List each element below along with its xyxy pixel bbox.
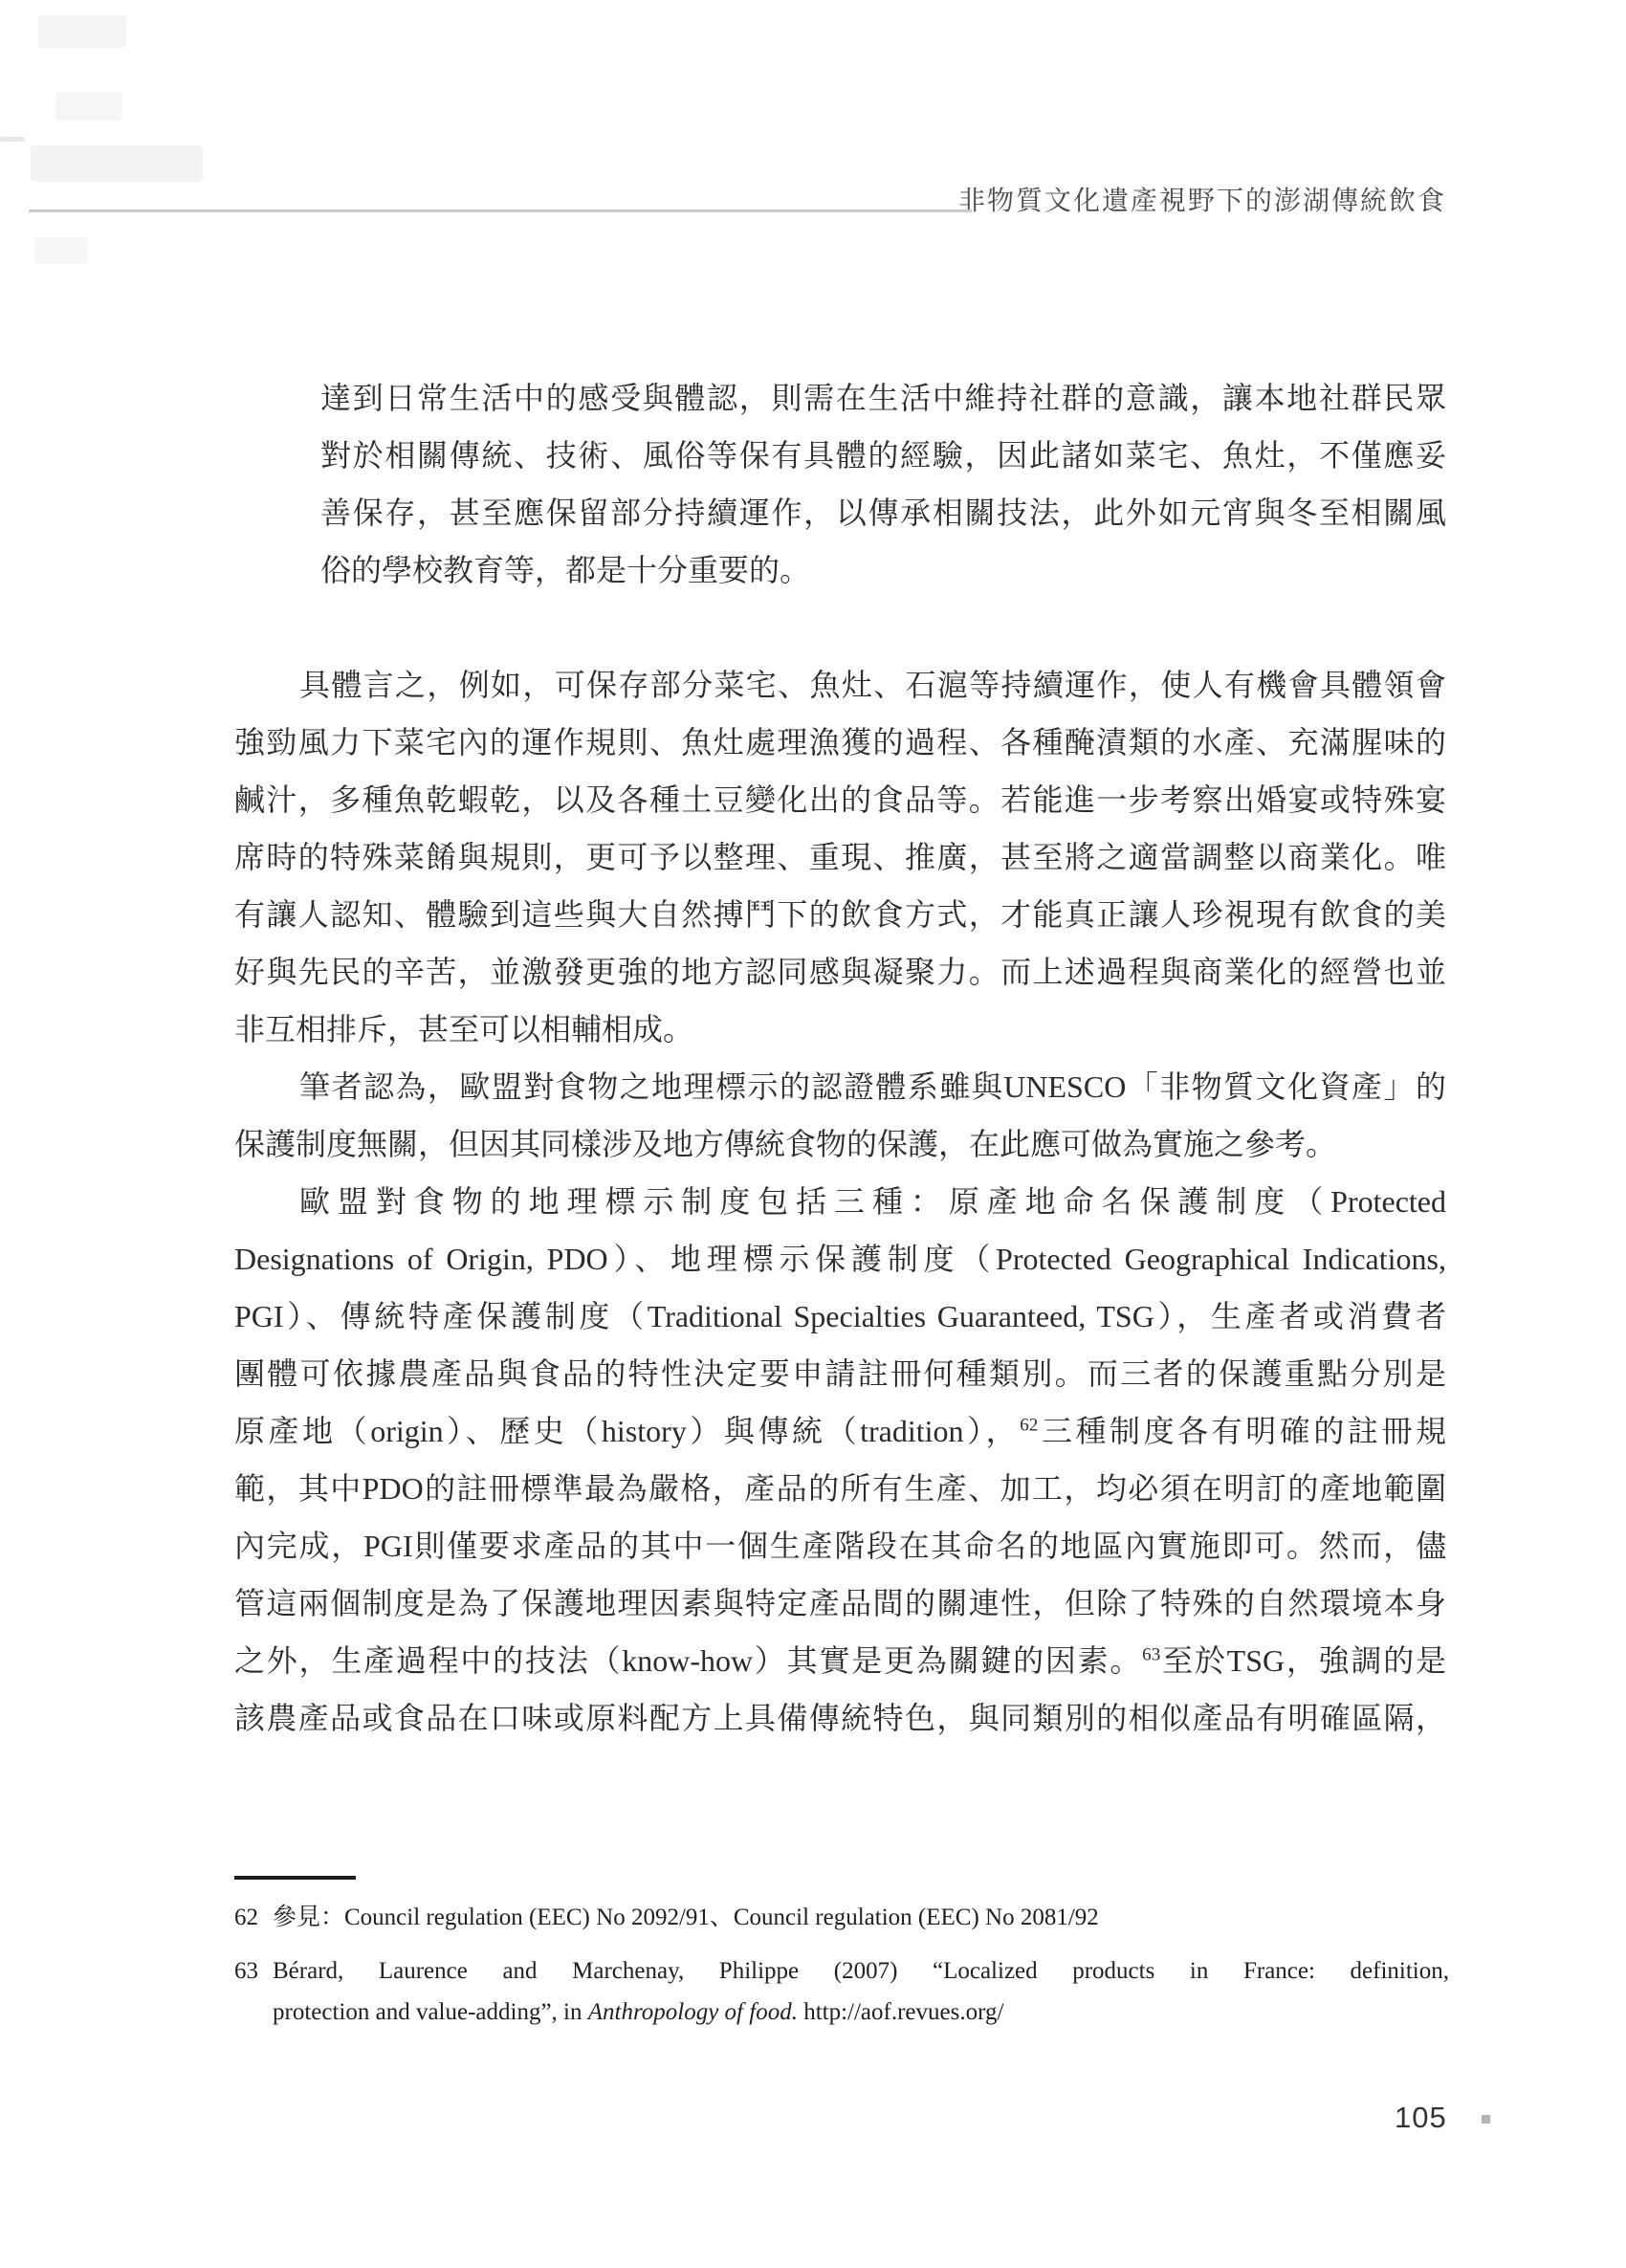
text-line: 該農產品或食品在口味或原料配方上具備傳統特色，與同類別的相似產品有明確區隔， <box>234 1689 1446 1747</box>
text-segment: PGI）、傳統特產保護制度（Traditional Specialties Gu… <box>234 1299 1446 1333</box>
body-text: 具體言之，例如，可保存部分菜宅、魚灶、石滬等持續運作，使人有機會具體領會強勁風力… <box>234 656 1446 1747</box>
footnote-reference: 62 <box>1020 1415 1038 1435</box>
text-segment: 參見：Council regulation (EEC) No 2092/91、C… <box>273 1905 1099 1930</box>
text-line: 好與先民的辛苦，並激發更強的地方認同感與凝聚力。而上述過程與商業化的經營也並 <box>234 943 1446 1001</box>
text-line: 達到日常生活中的感受與體認，則需在生活中維持社群的意識，讓本地社群民眾 <box>320 369 1446 427</box>
book-page: 非物質文化遺產視野下的澎湖傳統飲食 達到日常生活中的感受與體認，則需在生活中維持… <box>0 0 1626 2268</box>
text-line: 具體言之，例如，可保存部分菜宅、魚灶、石滬等持續運作，使人有機會具體領會 <box>234 656 1446 714</box>
text-line: 原產地（origin）、歷史（history）與傳統（tradition），62… <box>234 1402 1446 1460</box>
footnote-text: 參見：Council regulation (EEC) No 2092/91、C… <box>273 1897 1449 1938</box>
text-segment: 管這兩個制度是為了保護地理因素與特定產品間的關連性，但除了特殊的自然環境本身 <box>234 1586 1446 1620</box>
text-segment: Bérard, Laurence and Marchenay, Philippe… <box>273 1958 1449 1984</box>
footnotes: 62參見：Council regulation (EEC) No 2092/91… <box>234 1897 1449 2045</box>
page-number: 105 <box>1395 2101 1447 2135</box>
scan-artifact <box>38 15 126 48</box>
text-segment: 範，其中PDO的註冊標準最為嚴格，產品的所有生產、加工，均必須在明訂的產地範圍 <box>234 1471 1446 1506</box>
scan-artifact <box>31 145 203 182</box>
text-segment: 原產地（origin）、歷史（history）與傳統（tradition）， <box>234 1414 1020 1448</box>
text-segment: 席時的特殊菜餚與規則，更可予以整理、重現、推廣，甚至將之適當調整以商業化。唯 <box>234 840 1446 874</box>
text-segment: 對於相關傳統、技術、風俗等保有具體的經驗，因此諸如菜宅、魚灶，不僅應妥 <box>320 438 1446 473</box>
text-segment: Designations of Origin, PDO）、地理標示保護制度（Pr… <box>234 1242 1446 1276</box>
text-segment: 保護制度無關，但因其同樣涉及地方傳統食物的保護，在此應可做為實施之參考。 <box>234 1127 1336 1161</box>
scan-artifact <box>34 237 88 264</box>
running-header-title: 非物質文化遺產視野下的澎湖傳統飲食 <box>958 180 1446 218</box>
text-line: 對於相關傳統、技術、風俗等保有具體的經驗，因此諸如菜宅、魚灶，不僅應妥 <box>320 427 1446 484</box>
text-line: Bérard, Laurence and Marchenay, Philippe… <box>273 1950 1449 1992</box>
text-segment: 歐盟對食物的地理標示制度包括三種：原產地命名保護制度（Protected <box>299 1184 1446 1219</box>
text-segment: 筆者認為，歐盟對食物之地理標示的認證體系雖與UNESCO「非物質文化資產」的 <box>299 1069 1446 1104</box>
text-line: 善保存，甚至應保留部分持續運作，以傳承相關技法，此外如元宵與冬至相關風 <box>320 484 1446 541</box>
footnote-number: 62 <box>234 1897 273 1938</box>
italic-text: Anthropology of food. <box>588 1999 798 2025</box>
footnote-text: Bérard, Laurence and Marchenay, Philippe… <box>273 1950 1449 2033</box>
text-segment: 具體言之，例如，可保存部分菜宅、魚灶、石滬等持續運作，使人有機會具體領會 <box>299 668 1446 702</box>
text-line: 保護制度無關，但因其同樣涉及地方傳統食物的保護，在此應可做為實施之參考。 <box>234 1115 1446 1173</box>
text-line: PGI）、傳統特產保護制度（Traditional Specialties Gu… <box>234 1288 1446 1345</box>
header-rule <box>29 209 972 212</box>
text-line: 範，其中PDO的註冊標準最為嚴格，產品的所有生產、加工，均必須在明訂的產地範圍 <box>234 1460 1446 1517</box>
text-segment: 達到日常生活中的感受與體認，則需在生活中維持社群的意識，讓本地社群民眾 <box>320 381 1446 415</box>
text-line: 之外，生產過程中的技法（know-how）其實是更為關鍵的因素。63至於TSG，… <box>234 1632 1446 1689</box>
scan-artifact <box>55 92 122 121</box>
text-line: 鹹汁，多種魚乾蝦乾，以及各種土豆變化出的食品等。若能進一步考察出婚宴或特殊宴 <box>234 771 1446 828</box>
text-line: 有讓人認知、體驗到這些與大自然搏鬥下的飲食方式，才能真正讓人珍視現有飲食的美 <box>234 886 1446 943</box>
text-line: Designations of Origin, PDO）、地理標示保護制度（Pr… <box>234 1230 1446 1288</box>
footnote: 63Bérard, Laurence and Marchenay, Philip… <box>234 1950 1449 2033</box>
text-line: 席時的特殊菜餚與規則，更可予以整理、重現、推廣，甚至將之適當調整以商業化。唯 <box>234 828 1446 886</box>
scan-artifact <box>0 137 25 142</box>
text-segment: 好與先民的辛苦，並激發更強的地方認同感與凝聚力。而上述過程與商業化的經營也並 <box>234 955 1446 989</box>
text-segment: 之外，生產過程中的技法（know-how）其實是更為關鍵的因素。 <box>234 1643 1142 1678</box>
text-segment: 俗的學校教育等，都是十分重要的。 <box>320 553 810 587</box>
text-segment: http://aof.revues.org/ <box>798 1999 1003 2025</box>
text-line: 參見：Council regulation (EEC) No 2092/91、C… <box>273 1897 1449 1938</box>
footnote: 62參見：Council regulation (EEC) No 2092/91… <box>234 1897 1449 1938</box>
text-segment: 非互相排斥，甚至可以相輔相成。 <box>234 1012 693 1046</box>
blockquote: 達到日常生活中的感受與體認，則需在生活中維持社群的意識，讓本地社群民眾對於相關傳… <box>320 369 1446 599</box>
text-segment: 有讓人認知、體驗到這些與大自然搏鬥下的飲食方式，才能真正讓人珍視現有飲食的美 <box>234 897 1446 932</box>
text-line: 歐盟對食物的地理標示制度包括三種：原產地命名保護制度（Protected <box>234 1173 1446 1230</box>
text-line: 內完成，PGI則僅要求產品的其中一個生產階段在其命名的地區內實施即可。然而，儘 <box>234 1517 1446 1574</box>
footnote-number: 63 <box>234 1950 273 2033</box>
page-number-marker <box>1482 2115 1490 2124</box>
text-segment: 鹹汁，多種魚乾蝦乾，以及各種土豆變化出的食品等。若能進一步考察出婚宴或特殊宴 <box>234 782 1446 817</box>
text-segment: 團體可依據農產品與食品的特性決定要申請註冊何種類別。而三者的保護重點分別是 <box>234 1356 1446 1391</box>
text-line: protection and value-adding”, in Anthrop… <box>273 1992 1449 2033</box>
text-segment: 至於TSG，強調的是 <box>1160 1643 1446 1678</box>
text-line: 筆者認為，歐盟對食物之地理標示的認證體系雖與UNESCO「非物質文化資產」的 <box>234 1058 1446 1115</box>
text-segment: 強勁風力下菜宅內的運作規則、魚灶處理漁獲的過程、各種醃漬類的水產、充滿腥味的 <box>234 725 1446 760</box>
footnote-reference: 63 <box>1142 1644 1160 1664</box>
text-line: 強勁風力下菜宅內的運作規則、魚灶處理漁獲的過程、各種醃漬類的水產、充滿腥味的 <box>234 714 1446 771</box>
text-segment: 三種制度各有明確的註冊規 <box>1038 1414 1446 1448</box>
text-segment: 該農產品或食品在口味或原料配方上具備傳統特色，與同類別的相似產品有明確區隔， <box>234 1701 1446 1735</box>
text-line: 俗的學校教育等，都是十分重要的。 <box>320 541 1446 599</box>
footnote-separator <box>234 1876 356 1880</box>
text-segment: 善保存，甚至應保留部分持續運作，以傳承相關技法，此外如元宵與冬至相關風 <box>320 495 1446 530</box>
text-line: 團體可依據農產品與食品的特性決定要申請註冊何種類別。而三者的保護重點分別是 <box>234 1345 1446 1402</box>
text-segment: 內完成，PGI則僅要求產品的其中一個生產階段在其命名的地區內實施即可。然而，儘 <box>234 1529 1446 1563</box>
text-line: 管這兩個制度是為了保護地理因素與特定產品間的關連性，但除了特殊的自然環境本身 <box>234 1574 1446 1632</box>
text-segment: protection and value-adding”, in <box>273 1999 588 2025</box>
text-line: 非互相排斥，甚至可以相輔相成。 <box>234 1001 1446 1058</box>
